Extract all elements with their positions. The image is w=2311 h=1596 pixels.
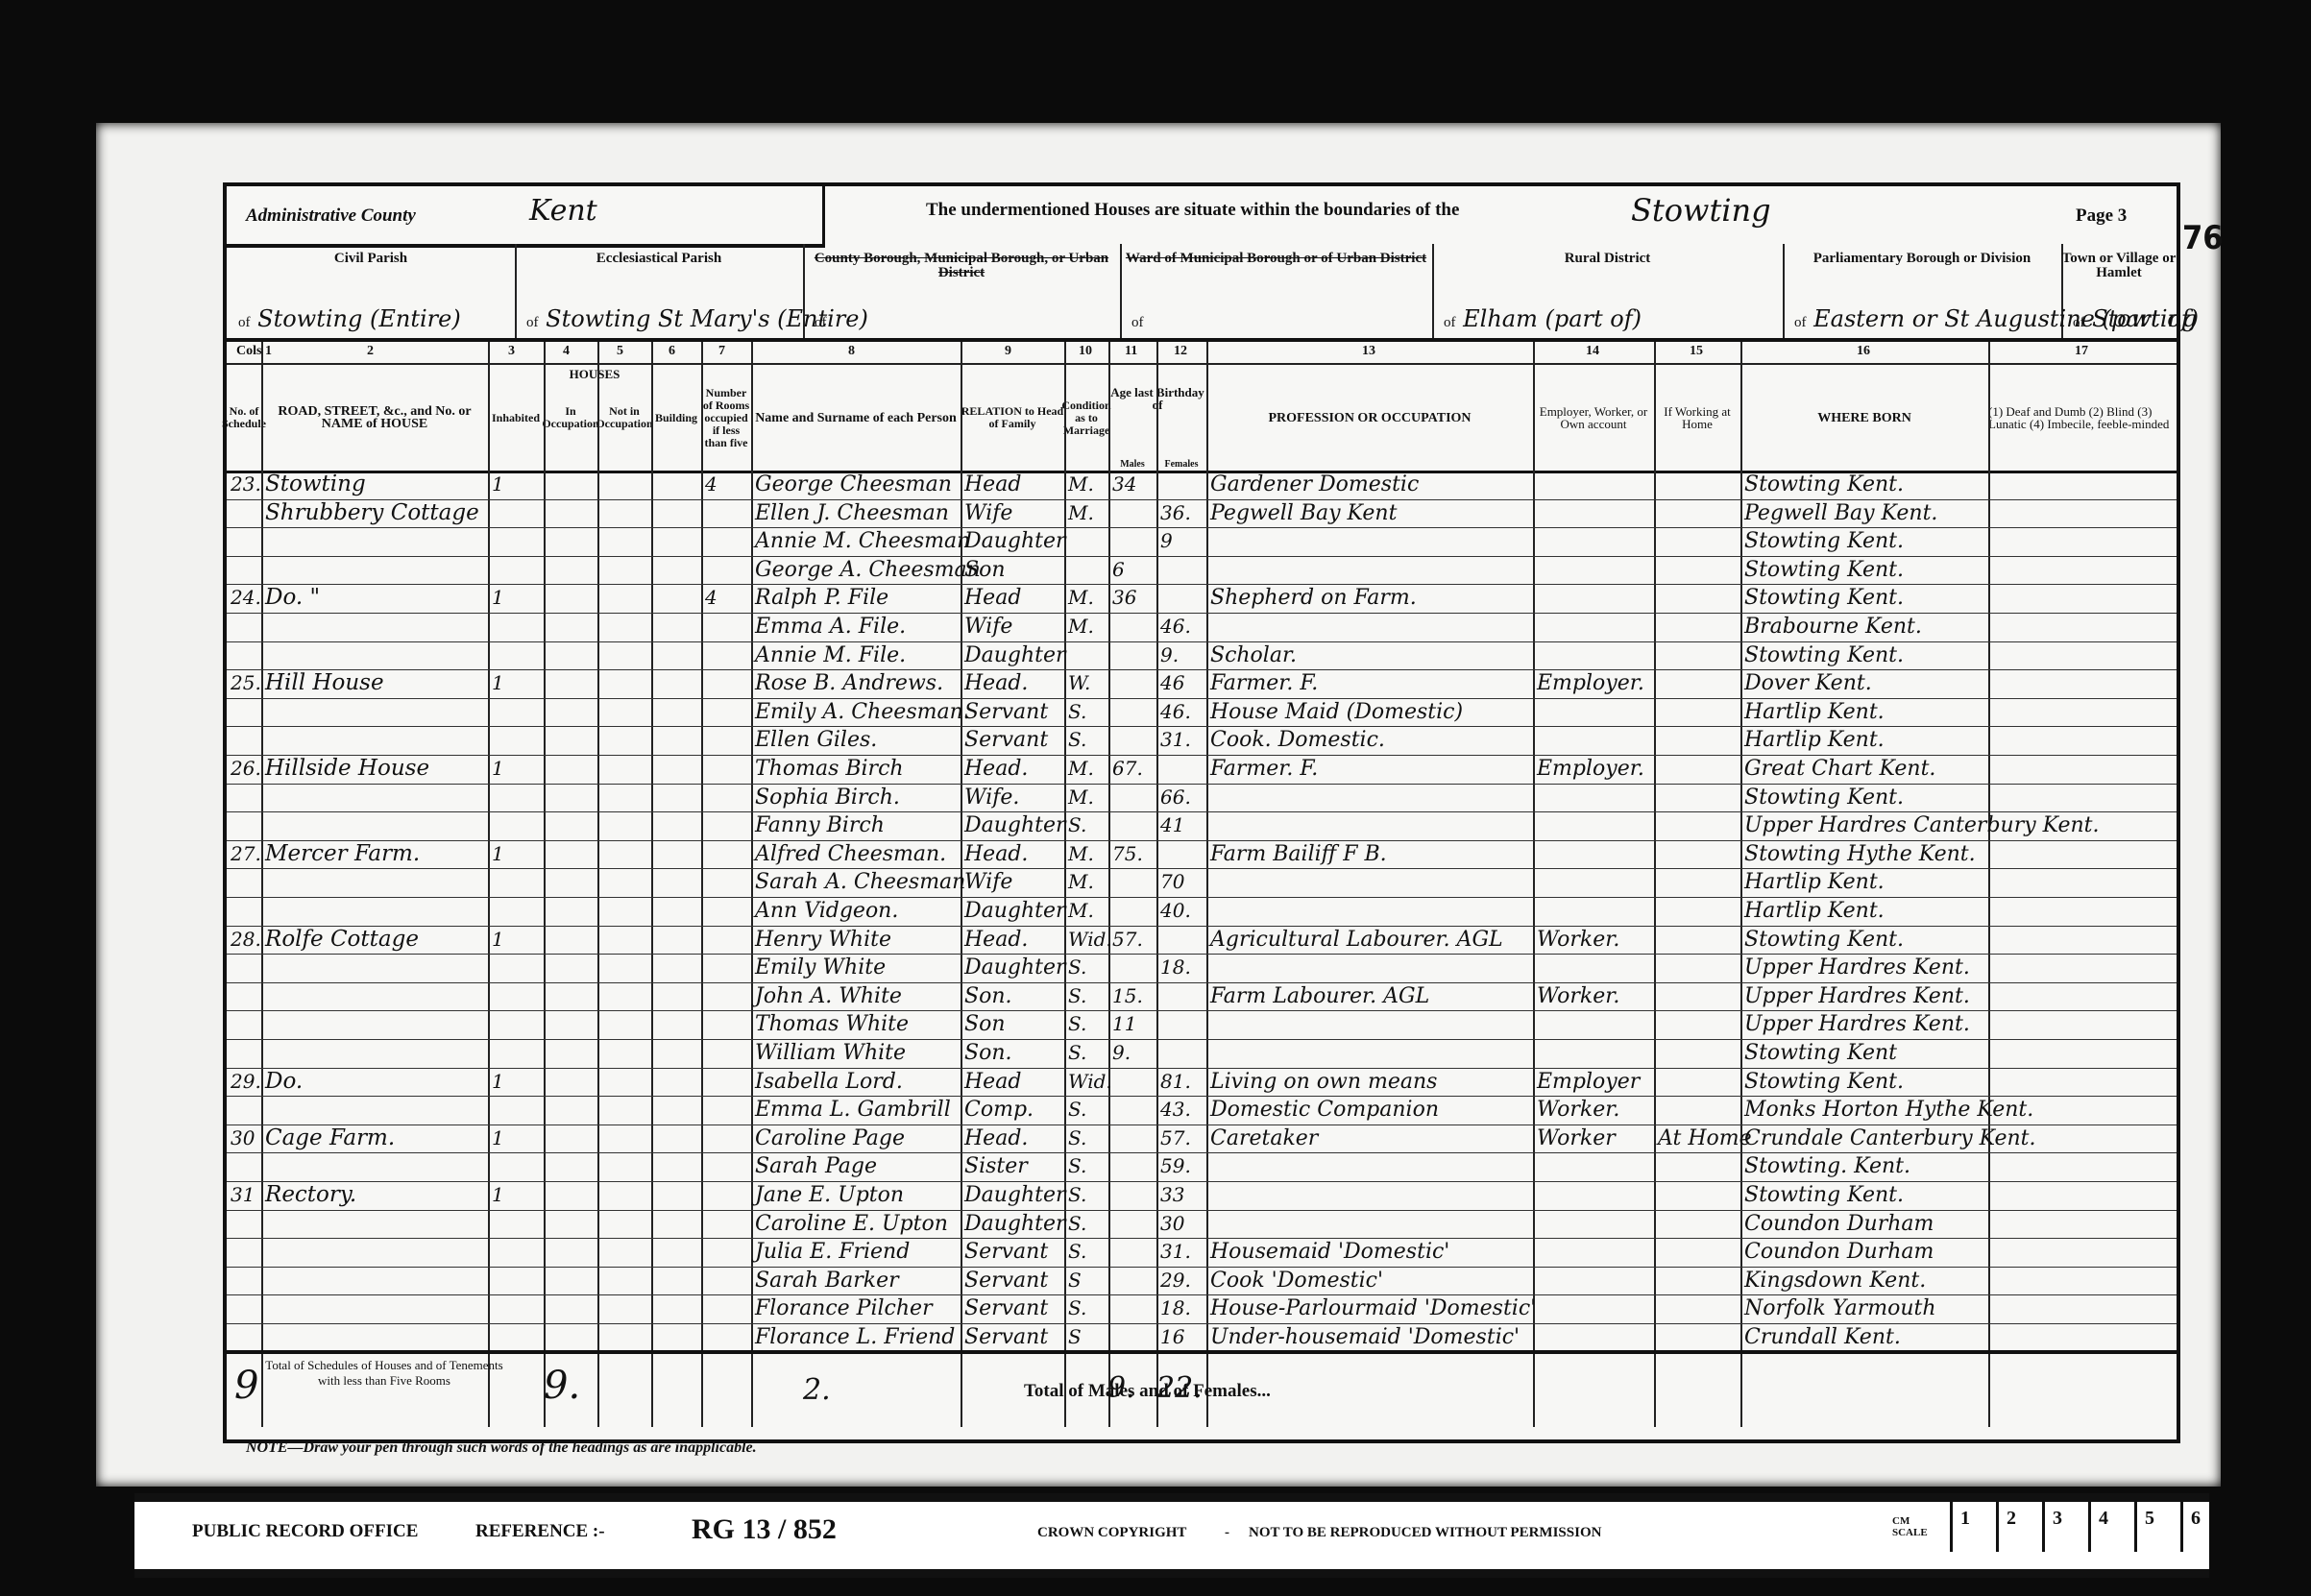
heading-note: NOTE—Draw your pen through such words of… <box>246 1439 757 1457</box>
cell-born: Kingsdown Kent. <box>1744 1267 1926 1297</box>
cell-name: Thomas Birch <box>755 755 904 786</box>
census-row: John A. WhiteSon.S.15.Farm Labourer. AGL… <box>227 982 2177 1012</box>
census-row: Emily A. Cheesman.ServantS.46.House Maid… <box>227 698 2177 728</box>
heading-name: Name and Surname of each Person <box>751 365 961 471</box>
column-number: 17 <box>2075 344 2088 359</box>
reference-label: REFERENCE :- <box>475 1521 605 1542</box>
boundaries-label: The undermentioned Houses are situate wi… <box>926 200 1459 221</box>
cell-born: Stowting Kent. <box>1744 926 1904 956</box>
cell-occ: Agricultural Labourer. AGL <box>1210 926 1503 956</box>
total-schedules: 9 <box>234 1364 258 1408</box>
column-number: 4 <box>563 344 570 359</box>
cell-born: Brabourne Kent. <box>1744 613 1922 643</box>
census-row: Sarah A. CheesmanWifeM.70Hartlip Kent. <box>227 868 2177 898</box>
census-row: Florance L. FriendServantS16Under-housem… <box>227 1323 2177 1353</box>
column-number: 13 <box>1362 344 1375 359</box>
cell-rel: Wife <box>964 868 1012 899</box>
total-schedules-label: Total of Schedules of Houses and of Tene… <box>259 1358 509 1389</box>
reference-code: RG 13 / 852 <box>692 1513 837 1546</box>
record-office: PUBLIC RECORD OFFICE <box>192 1521 418 1542</box>
header-field-4: Ward of Municipal Borough or of Urban Di… <box>1120 244 1434 338</box>
header-field-value: of <box>1131 305 1144 332</box>
cell-born: Hartlip Kent. <box>1744 897 1885 928</box>
cell-rel: Head. <box>964 926 1028 956</box>
total-rooms: 2. <box>803 1373 831 1407</box>
total-females: 22. <box>1156 1371 1203 1405</box>
census-row: Emily WhiteDaughterS.18.Upper Hardres Ke… <box>227 954 2177 983</box>
cell-f: 31. <box>1160 726 1191 757</box>
cell-name: John A. White <box>755 982 902 1013</box>
cell-f: 9 <box>1160 527 1173 558</box>
column-number: 16 <box>1857 344 1870 359</box>
cell-cond: S. <box>1068 726 1086 757</box>
cell-f: 40. <box>1160 897 1191 928</box>
cell-f: 18. <box>1160 1294 1191 1325</box>
header-field-3: County Borough, Municipal Borough, or Ur… <box>803 244 1122 338</box>
cell-rel: Wife <box>964 499 1012 530</box>
header-field-5: Rural Districtof Elham (part of) <box>1432 244 1785 338</box>
cell-home: At Home <box>1658 1124 1752 1155</box>
column-headings: No. of ScheduleROAD, STREET, &c., and No… <box>227 365 2177 473</box>
heading-address: ROAD, STREET, &c., and No. or NAME of HO… <box>261 365 488 471</box>
cell-rel: Comp. <box>964 1096 1034 1126</box>
cell-emp: Employer. <box>1537 755 1644 786</box>
cell-occ: Farmer. F. <box>1210 669 1318 700</box>
cell-cond: M. <box>1068 755 1094 786</box>
header-field-7: Town or Village or Hamletof Stowting <box>2061 244 2177 338</box>
cell-born: Norfolk Yarmouth <box>1744 1294 1936 1325</box>
cell-rel: Servant <box>964 1238 1048 1269</box>
cell-born: Upper Hardres Kent. <box>1744 982 1970 1013</box>
cell-occ: Shepherd on Farm. <box>1210 584 1417 615</box>
archive-footer: PUBLIC RECORD OFFICE REFERENCE :- RG 13 … <box>134 1493 2209 1578</box>
header-field-label: County Borough, Municipal Borough, or Ur… <box>803 252 1120 280</box>
cell-born: Great Chart Kent. <box>1744 755 1935 786</box>
cell-inhab: 1 <box>492 755 504 786</box>
cell-occ: Housemaid 'Domestic' <box>1210 1238 1449 1269</box>
census-row: 23.Stowting14George CheesmanHeadM.34Gard… <box>227 471 2177 500</box>
cell-rooms: 4 <box>705 584 718 615</box>
cell-emp: Employer <box>1537 1068 1640 1099</box>
cell-cond: M. <box>1068 784 1094 814</box>
header-field-label: Parliamentary Borough or Division <box>1783 252 2061 266</box>
cell-inhab: 1 <box>492 669 504 700</box>
separator: - <box>1225 1525 1229 1541</box>
census-row: Julia E. FriendServantS.31.Housemaid 'Do… <box>227 1238 2177 1268</box>
cell-m: 75. <box>1112 840 1143 871</box>
cell-f: 30 <box>1160 1210 1184 1241</box>
cell-address: Rolfe Cottage <box>265 926 419 956</box>
cell-sched: 23. <box>231 471 261 501</box>
cell-name: Florance Pilcher <box>755 1294 933 1325</box>
cell-name: Ellen Giles. <box>755 726 877 757</box>
census-row: 28.Rolfe Cottage1Henry WhiteHead.Wid.57.… <box>227 926 2177 955</box>
cell-address: Mercer Farm. <box>265 840 420 871</box>
cell-born: Coundon Durham <box>1744 1210 1934 1241</box>
cell-m: 11 <box>1112 1010 1136 1041</box>
cell-f: 66. <box>1160 784 1191 814</box>
cell-sched: 30 <box>231 1124 255 1155</box>
cell-rel: Servant <box>964 726 1048 757</box>
cell-name: Caroline E. Upton <box>755 1210 948 1241</box>
cell-born: Coundon Durham <box>1744 1238 1934 1269</box>
cell-rel: Servant <box>964 1267 1048 1297</box>
census-row: Sarah PageSisterS.59.Stowting. Kent. <box>227 1152 2177 1182</box>
page-number: Page 3 <box>2076 206 2127 227</box>
census-row: 31Rectory.1Jane E. UptonDaughterS.33Stow… <box>227 1181 2177 1211</box>
cell-rel: Son. <box>964 1039 1011 1070</box>
cell-rel: Servant <box>964 1294 1048 1325</box>
cell-rel: Daughter <box>964 641 1066 672</box>
header-field-label: Town or Village or Hamlet <box>2061 252 2177 280</box>
cell-f: 46 <box>1160 669 1184 700</box>
header-field-value: of Stowting <box>2073 305 2197 332</box>
cell-name: Sophia Birch. <box>755 784 900 814</box>
cell-cond: S. <box>1068 1181 1086 1212</box>
cell-name: Julia E. Friend <box>755 1238 910 1269</box>
scale-mark: 6 <box>2180 1502 2226 1552</box>
cell-born: Hartlip Kent. <box>1744 698 1885 729</box>
scale-mark: 1 <box>1950 1502 1996 1552</box>
cell-rel: Servant <box>964 698 1048 729</box>
cell-born: Upper Hardres Kent. <box>1744 1010 1970 1041</box>
scale-mark: 3 <box>2042 1502 2088 1552</box>
cell-m: 34 <box>1112 471 1136 501</box>
cell-cond: M. <box>1068 471 1094 501</box>
cell-rel: Daughter <box>964 897 1066 928</box>
cell-name: Emily White <box>755 954 886 984</box>
cell-born: Pegwell Bay Kent. <box>1744 499 1937 530</box>
cell-cond: S. <box>1068 1152 1086 1183</box>
cell-address: Do. " <box>265 584 320 615</box>
cell-cond: S. <box>1068 1039 1086 1070</box>
cell-occ: House-Parlourmaid 'Domestic' <box>1210 1294 1536 1325</box>
cell-occ: Gardener Domestic <box>1210 471 1419 501</box>
cell-name: Jane E. Upton <box>755 1181 904 1212</box>
cell-occ: Living on own means <box>1210 1068 1437 1099</box>
scale-mark: 2 <box>1996 1502 2042 1552</box>
cell-f: 36. <box>1160 499 1191 530</box>
cell-name: Ann Vidgeon. <box>755 897 898 928</box>
cell-born: Stowting Kent. <box>1744 556 1904 587</box>
cell-emp: Worker. <box>1537 1096 1619 1126</box>
cell-name: Ellen J. Cheesman <box>755 499 949 530</box>
cell-sched: 26. <box>231 755 261 786</box>
cell-address: Stowting <box>265 471 366 501</box>
column-number: 14 <box>1586 344 1599 359</box>
cell-name: Henry White <box>755 926 891 956</box>
cell-f: 46. <box>1160 698 1191 729</box>
reproduction-notice: NOT TO BE REPRODUCED WITHOUT PERMISSION <box>1249 1525 1601 1541</box>
cell-rel: Head <box>964 471 1021 501</box>
cell-emp: Worker. <box>1537 982 1619 1013</box>
cell-cond: M. <box>1068 613 1094 643</box>
cell-name: Caroline Page <box>755 1124 905 1155</box>
cell-born: Stowting Kent <box>1744 1039 1897 1070</box>
cell-sched: 31 <box>231 1181 255 1212</box>
census-row: Annie M. CheesmanDaughter9Stowting Kent. <box>227 527 2177 557</box>
cell-rel: Daughter <box>964 1181 1066 1212</box>
heading-emp: Employer, Worker, or Own account <box>1533 365 1654 471</box>
admin-county-label: Administrative County <box>246 206 416 227</box>
cell-sched: 24. <box>231 584 261 615</box>
copyright: CROWN COPYRIGHT <box>1037 1525 1186 1541</box>
cell-rel: Son <box>964 1010 1006 1041</box>
heading-rooms: Number of Rooms occupied if less than fi… <box>701 365 751 471</box>
census-row: Emma A. File.WifeM.46.Brabourne Kent. <box>227 613 2177 642</box>
heading-sched: No. of Schedule <box>227 365 261 471</box>
cell-occ: Farmer. F. <box>1210 755 1318 786</box>
cell-cond: S. <box>1068 698 1086 729</box>
cell-emp: Worker <box>1537 1124 1616 1155</box>
cell-name: Fanny Birch <box>755 811 885 842</box>
cell-name: Annie M. Cheesman <box>755 527 970 558</box>
column-number: 11 <box>1125 344 1137 359</box>
cell-m: 67. <box>1112 755 1143 786</box>
heading-home: If Working at Home <box>1654 365 1740 471</box>
cell-m: 9. <box>1112 1039 1131 1070</box>
cell-cond: W. <box>1068 669 1090 700</box>
cell-inhab: 1 <box>492 1068 504 1099</box>
cell-sched: 27. <box>231 840 261 871</box>
cell-occ: Farm Labourer. AGL <box>1210 982 1429 1013</box>
cell-occ: Pegwell Bay Kent <box>1210 499 1397 530</box>
cell-rel: Head <box>964 1068 1021 1099</box>
cell-occ: Farm Bailiff F B. <box>1210 840 1387 871</box>
cell-f: 59. <box>1160 1152 1191 1183</box>
cell-name: Thomas White <box>755 1010 909 1041</box>
cell-occ: Domestic Companion <box>1210 1096 1439 1126</box>
cell-name: Ralph P. File <box>755 584 888 615</box>
cell-cond: S. <box>1068 1210 1086 1241</box>
cell-born: Crundale Canterbury Kent. <box>1744 1124 2036 1155</box>
census-form: Administrative County Kent The underment… <box>223 182 2180 1443</box>
page-stamp: 76 <box>2182 219 2224 257</box>
header-field-2: Ecclesiastical Parishof Stowting St Mary… <box>515 244 805 338</box>
cell-cond: Wid. <box>1068 926 1112 956</box>
column-number: 6 <box>669 344 675 359</box>
cell-m: 6 <box>1112 556 1125 587</box>
cell-cond: M. <box>1068 897 1094 928</box>
cell-f: 9. <box>1160 641 1179 672</box>
cell-rel: Head. <box>964 1124 1028 1155</box>
cell-cond: S. <box>1068 982 1086 1013</box>
cell-cond: M. <box>1068 840 1094 871</box>
cell-address: Do. <box>265 1068 303 1099</box>
header-field-value: of Elham (part of) <box>1444 305 1642 332</box>
column-number: 9 <box>1005 344 1011 359</box>
total-inhabited: 9. <box>544 1364 580 1408</box>
cell-occ: Caretaker <box>1210 1124 1318 1155</box>
cell-born: Stowting Kent. <box>1744 584 1904 615</box>
cell-rooms: 4 <box>705 471 718 501</box>
census-row: Sophia Birch.Wife.M.66.Stowting Kent. <box>227 784 2177 813</box>
cell-rel: Son. <box>964 982 1011 1013</box>
cell-rel: Wife <box>964 613 1012 643</box>
cell-address: Shrubbery Cottage <box>265 499 479 530</box>
column-number: 12 <box>1174 344 1187 359</box>
cell-cond: S. <box>1068 1294 1086 1325</box>
cell-sched: 25. <box>231 669 261 700</box>
census-row: Florance PilcherServantS.18.House-Parlou… <box>227 1294 2177 1324</box>
cell-born: Dover Kent. <box>1744 669 1872 700</box>
census-row: Ellen Giles.ServantS.31.Cook. Domestic.H… <box>227 726 2177 756</box>
cell-rel: Daughter <box>964 527 1066 558</box>
cell-occ: Scholar. <box>1210 641 1297 672</box>
cell-cond: S. <box>1068 1124 1086 1155</box>
cell-born: Hartlip Kent. <box>1744 726 1885 757</box>
heading-inf: (1) Deaf and Dumb (2) Blind (3) Lunatic … <box>1988 365 2177 471</box>
cell-born: Stowting Kent. <box>1744 471 1904 501</box>
cell-f: 81. <box>1160 1068 1191 1099</box>
cell-occ: Cook. Domestic. <box>1210 726 1385 757</box>
cell-name: Emma L. Gambrill <box>755 1096 951 1126</box>
cell-name: Emily A. Cheesman. <box>755 698 970 729</box>
cell-born: Upper Hardres Kent. <box>1744 954 1970 984</box>
cell-cond: S. <box>1068 811 1086 842</box>
column-number: Cols 1 <box>236 344 272 359</box>
cell-m: 15. <box>1112 982 1143 1013</box>
cell-f: 18. <box>1160 954 1191 984</box>
cell-born: Stowting. Kent. <box>1744 1152 1910 1183</box>
census-row: Ann Vidgeon.DaughterM.40.Hartlip Kent. <box>227 897 2177 927</box>
cell-m: 36 <box>1112 584 1136 615</box>
total-mf-label: Total of Males and of Females... <box>1024 1381 1271 1402</box>
cell-cond: M. <box>1068 868 1094 899</box>
cell-f: 41 <box>1160 811 1184 842</box>
census-row: Fanny BirchDaughterS.41Upper Hardres Can… <box>227 811 2177 841</box>
admin-county-value: Kent <box>529 194 597 228</box>
header-field-value: of Stowting (Entire) <box>238 305 461 332</box>
header-field-6: Parliamentary Borough or Divisionof East… <box>1783 244 2063 338</box>
cell-rel: Daughter <box>964 811 1066 842</box>
cell-f: 70 <box>1160 868 1184 899</box>
census-row: Emma L. GambrillComp.S.43.Domestic Compa… <box>227 1096 2177 1125</box>
cell-inhab: 1 <box>492 1124 504 1155</box>
column-number: 3 <box>508 344 515 359</box>
census-row: 30Cage Farm.1Caroline PageHead.S.57.Care… <box>227 1124 2177 1154</box>
boundaries-value: Stowting <box>1631 192 1771 229</box>
cell-cond: S. <box>1068 1238 1086 1269</box>
cell-f: 31. <box>1160 1238 1191 1269</box>
cell-address: Cage Farm. <box>265 1124 395 1155</box>
cell-inhab: 1 <box>492 840 504 871</box>
column-number: 7 <box>718 344 725 359</box>
cell-name: William White <box>755 1039 906 1070</box>
header-field-1: Civil Parishof Stowting (Entire) <box>227 244 517 338</box>
cell-cond: Wid. <box>1068 1068 1112 1099</box>
cell-emp: Employer. <box>1537 669 1644 700</box>
cell-inhab: 1 <box>492 926 504 956</box>
cell-name: Sarah Page <box>755 1152 877 1183</box>
cell-occ: Cook 'Domestic' <box>1210 1267 1383 1297</box>
cell-rel: Head. <box>964 755 1028 786</box>
cell-f: 57. <box>1160 1124 1191 1155</box>
cell-inhab: 1 <box>492 584 504 615</box>
column-number: 10 <box>1079 344 1092 359</box>
census-row: 26.Hillside House1Thomas BirchHead.M.67.… <box>227 755 2177 785</box>
cell-f: 46. <box>1160 613 1191 643</box>
cell-name: Rose B. Andrews. <box>755 669 943 700</box>
cell-address: Rectory. <box>265 1181 356 1212</box>
cell-name: Sarah Barker <box>755 1267 899 1297</box>
column-number: 8 <box>848 344 855 359</box>
cell-cond: S. <box>1068 954 1086 984</box>
column-number: 15 <box>1690 344 1703 359</box>
census-row: 27.Mercer Farm.1Alfred Cheesman.Head.M.7… <box>227 840 2177 870</box>
census-row: Shrubbery CottageEllen J. CheesmanWifeM.… <box>227 499 2177 529</box>
column-number: 2 <box>367 344 374 359</box>
census-row: William WhiteSon.S.9.Stowting Kent <box>227 1039 2177 1069</box>
cell-born: Monks Horton Hythe Kent. <box>1744 1096 2033 1126</box>
cm-scale: 123456 <box>1950 1502 2226 1552</box>
cell-rel: Wife. <box>964 784 1019 814</box>
header-field-label: Rural District <box>1432 252 1783 266</box>
admin-county-box: Administrative County Kent <box>227 186 825 248</box>
cell-address: Hillside House <box>265 755 429 786</box>
cell-cond: M. <box>1068 584 1094 615</box>
total-males: 9. <box>1107 1371 1135 1405</box>
cell-name: Isabella Lord. <box>755 1068 903 1099</box>
cell-rel: Head. <box>964 669 1028 700</box>
header-field-label: Civil Parish <box>227 252 515 266</box>
header-field-label: Ward of Municipal Borough or of Urban Di… <box>1120 252 1432 266</box>
census-row: Annie M. File.Daughter9.Scholar.Stowting… <box>227 641 2177 671</box>
cell-f: 29. <box>1160 1267 1191 1297</box>
cell-born: Stowting Kent. <box>1744 1068 1904 1099</box>
scale-mark: 4 <box>2088 1502 2134 1552</box>
census-row: 29.Do.1Isabella Lord.HeadWid.81.Living o… <box>227 1068 2177 1098</box>
cell-rel: Head <box>964 584 1021 615</box>
cell-born: Stowting Hythe Kent. <box>1744 840 1976 871</box>
cell-rel: Son <box>964 556 1006 587</box>
census-row: Thomas WhiteSonS.11Upper Hardres Kent. <box>227 1010 2177 1040</box>
cell-cond: S. <box>1068 1096 1086 1126</box>
cell-f: 33 <box>1160 1181 1184 1212</box>
column-numbers: Cols 1234567891011121314151617 <box>227 342 2177 365</box>
cell-rel: Sister <box>964 1152 1028 1183</box>
cell-sched: 28. <box>231 926 261 956</box>
cell-name: Alfred Cheesman. <box>755 840 946 871</box>
cell-born: Stowting Kent. <box>1744 641 1904 672</box>
cell-born: Stowting Kent. <box>1744 784 1904 814</box>
cell-m: 57. <box>1112 926 1143 956</box>
census-row: Sarah BarkerServantS29.Cook 'Domestic'Ki… <box>227 1267 2177 1296</box>
cell-address: Hill House <box>265 669 384 700</box>
cell-emp: Worker. <box>1537 926 1619 956</box>
cell-rel: Daughter <box>964 954 1066 984</box>
cell-inhab: 1 <box>492 471 504 501</box>
cell-born: Upper Hardres Canterbury Kent. <box>1744 811 2100 842</box>
heading-born: WHERE BORN <box>1740 365 1988 471</box>
cell-occ: House Maid (Domestic) <box>1210 698 1463 729</box>
header-field-label: Ecclesiastical Parish <box>515 252 803 266</box>
cell-cond: S. <box>1068 1010 1086 1041</box>
census-row: George A. CheesmanSon6Stowting Kent. <box>227 556 2177 586</box>
cell-name: George A. Cheesman <box>755 556 981 587</box>
cell-cond: M. <box>1068 499 1094 530</box>
scale-label: CM SCALE <box>1892 1515 1931 1538</box>
cell-name: Emma A. File. <box>755 613 906 643</box>
heading-cond: Condition as to Marriage <box>1064 365 1108 471</box>
cell-f: 43. <box>1160 1096 1191 1126</box>
cell-cond: S <box>1068 1267 1082 1297</box>
column-number: 5 <box>617 344 623 359</box>
heading-rel: RELATION to Head of Family <box>961 365 1064 471</box>
census-row: 24.Do. "14Ralph P. FileHeadM.36Shepherd … <box>227 584 2177 614</box>
cell-sched: 29. <box>231 1068 261 1099</box>
header-field-value: of <box>815 305 827 332</box>
